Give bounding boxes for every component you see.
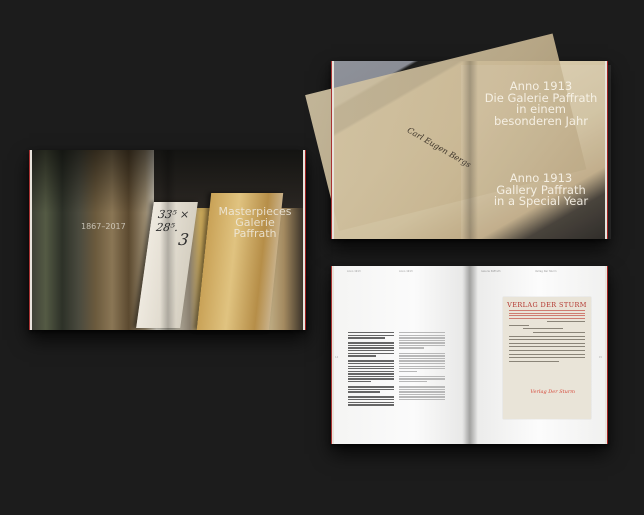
title-line: besonderen Jahr (471, 116, 611, 128)
title-line: Paffrath (215, 228, 295, 239)
letter-facsimile: VERLAG DER STURM Verlag Der Sturm (503, 297, 591, 419)
page-number-left: 14 (335, 356, 338, 359)
letter-signature: Verlag Der Sturm (530, 389, 575, 395)
page-number-right: 15 (599, 356, 602, 359)
book-gutter (462, 266, 478, 444)
page-edge-right (605, 266, 608, 444)
title-german: Anno 1913 Die Galerie Paffrath in einem … (471, 81, 611, 127)
years-label: 1867–2017 (81, 222, 126, 231)
running-head: Anno 1913 (399, 270, 413, 273)
page-edge-left (331, 61, 334, 239)
text-column-german (348, 332, 394, 407)
running-head: Verlag Der Sturm (535, 270, 557, 273)
title-line: in a Special Year (471, 196, 611, 208)
page-edge-right (303, 150, 306, 330)
title-english: Anno 1913 Gallery Paffrath in a Special … (471, 173, 611, 208)
running-head: Anno 1913 (347, 270, 361, 273)
book-gutter (160, 150, 176, 330)
book-spread-masterpieces: 33⁵ × 28⁵. 3 1867–2017 Masterpieces Gale… (29, 150, 306, 330)
book-spread-anno-1913: Carl Eugen Bergs Anno 1913 Die Galerie P… (331, 61, 608, 239)
book-spread-verlag-der-sturm: Anno 1913 Anno 1913 Galerie Paffrath Ver… (331, 266, 608, 444)
page-edge-left (331, 266, 334, 444)
frame-number-annotation: 3 (178, 230, 191, 249)
page-edge-left (29, 150, 32, 330)
text-column-english (399, 332, 445, 402)
spread-title: Masterpieces Galerie Paffrath (215, 206, 295, 239)
page-edge-right (605, 61, 608, 239)
letterhead: VERLAG DER STURM (503, 301, 591, 309)
running-head: Galerie Paffrath (481, 270, 501, 273)
book-gutter (462, 61, 478, 239)
